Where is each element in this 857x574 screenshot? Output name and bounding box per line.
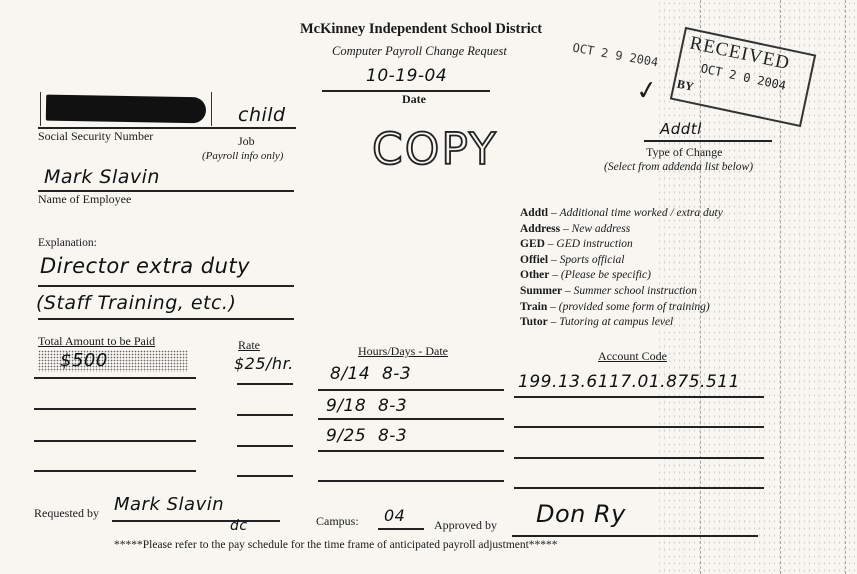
- hours-date-value[interactable]: 8/14 8-3: [330, 364, 411, 384]
- approved-by-label: Approved by: [434, 518, 497, 533]
- hours-date-value[interactable]: 9/18 8-3: [326, 396, 407, 416]
- rate-line-1: [237, 383, 293, 385]
- addenda-item: Addtl – Additional time worked / extra d…: [520, 206, 723, 222]
- job-sublabel: (Payroll info only): [202, 150, 283, 162]
- account-code-header: Account Code: [598, 349, 667, 364]
- form-title: Computer Payroll Change Request: [332, 44, 507, 59]
- requested-by-signature[interactable]: Mark Slavin: [114, 494, 224, 515]
- requested-by-initials: dc: [230, 518, 248, 534]
- campus-value[interactable]: 04: [384, 506, 405, 525]
- account-code-value[interactable]: 199.13.6117.01.875.511: [518, 372, 740, 392]
- account-line-1: [514, 396, 764, 398]
- organization-title: McKinney Independent School District: [300, 21, 542, 38]
- type-of-change-label: Type of Change: [646, 145, 722, 160]
- checkmark-icon: ✓: [634, 75, 660, 108]
- total-line-2: [34, 408, 196, 410]
- received-stamp-by: BY: [676, 77, 695, 95]
- addenda-list: Addtl – Additional time worked / extra d…: [520, 206, 723, 331]
- type-of-change-sublabel: (Select from addenda list below): [604, 161, 753, 173]
- type-of-change-underline: [644, 140, 772, 142]
- rate-line-2: [237, 414, 293, 416]
- explanation-line-2[interactable]: (Staff Training, etc.): [36, 292, 236, 314]
- campus-underline: [378, 528, 424, 530]
- rate-value[interactable]: $25/hr.: [234, 354, 294, 373]
- campus-label: Campus:: [316, 514, 359, 529]
- job-label: Job: [238, 134, 255, 149]
- requested-by-underline: [112, 520, 280, 522]
- addenda-item: Other – (Please be specific): [520, 268, 723, 284]
- explanation-label: Explanation:: [38, 237, 97, 249]
- hours-date-value[interactable]: 9/25 8-3: [326, 426, 407, 446]
- addenda-item: Summer – Summer school instruction: [520, 284, 723, 300]
- employee-name-value[interactable]: Mark Slavin: [44, 166, 160, 188]
- approved-by-underline: [512, 535, 758, 537]
- hours-line-1: [318, 389, 504, 391]
- date-stamp: OCT 2 9 2004: [571, 41, 659, 70]
- addenda-item: Offiel – Sports official: [520, 253, 723, 269]
- hours-line-4: [318, 480, 504, 482]
- ssn-redaction: [46, 95, 206, 124]
- ssn-label: Social Security Number: [38, 129, 153, 144]
- approved-by-signature[interactable]: Don Ry: [536, 500, 626, 528]
- addenda-item: GED – GED instruction: [520, 237, 723, 253]
- footer-note: *****Please refer to the pay schedule fo…: [114, 539, 558, 551]
- date-label: Date: [402, 92, 426, 107]
- employee-name-label: Name of Employee: [38, 192, 131, 207]
- rate-line-3: [237, 445, 293, 447]
- copy-stamp: COPY: [372, 124, 498, 175]
- account-line-2: [514, 426, 764, 428]
- hours-line-3: [318, 450, 504, 452]
- total-amount-header: Total Amount to be Paid: [38, 334, 155, 349]
- date-value[interactable]: 10-19-04: [366, 66, 447, 86]
- addenda-item: Address – New address: [520, 222, 723, 238]
- scan-artifact-line: [845, 0, 846, 574]
- requested-by-label: Requested by: [34, 506, 99, 521]
- addenda-item: Train – (provided some form of training): [520, 300, 723, 316]
- account-line-4: [514, 487, 764, 489]
- explanation-underline-1: [38, 285, 294, 287]
- type-of-change-value[interactable]: Addtl: [660, 120, 702, 138]
- total-line-3: [34, 440, 196, 442]
- explanation-line-1[interactable]: Director extra duty: [40, 254, 250, 278]
- rate-line-4: [237, 475, 293, 477]
- rate-header: Rate: [238, 338, 260, 353]
- total-line-4: [34, 470, 196, 472]
- job-value[interactable]: child: [238, 104, 286, 126]
- total-line-1: [34, 377, 196, 379]
- account-line-3: [514, 457, 764, 459]
- total-amount-value[interactable]: $500: [60, 350, 108, 371]
- addenda-item: Tutor – Tutoring at campus level: [520, 315, 723, 331]
- hours-line-2: [318, 418, 504, 420]
- hours-date-header: Hours/Days - Date: [358, 344, 448, 359]
- explanation-underline-2: [38, 318, 294, 320]
